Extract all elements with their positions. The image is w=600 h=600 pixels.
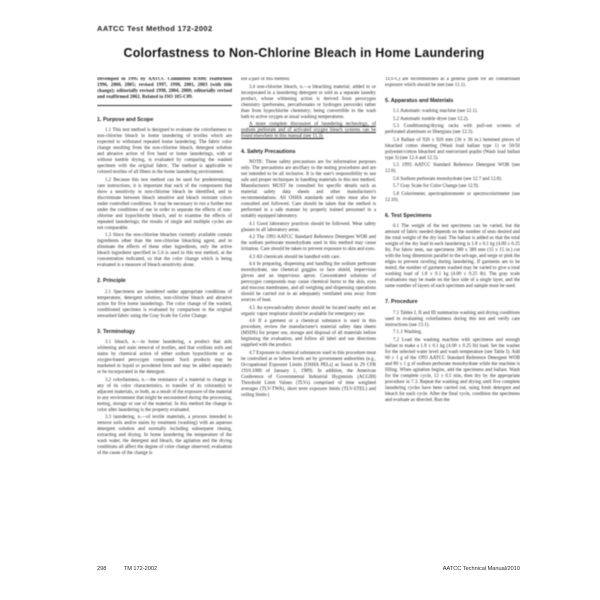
paragraph: 5.5 1993 AATCC Standard Reference Deterg… bbox=[385, 163, 520, 175]
page-header-method-number: AATCC Test Method 172-2002 bbox=[97, 24, 213, 33]
emphasized-paragraph: A more complete discussion of laundering… bbox=[241, 122, 376, 140]
section-heading: 2. Principle bbox=[97, 278, 232, 284]
paragraph: 4.3 All chemicals should be handled with… bbox=[241, 255, 376, 261]
paragraph: 4.5 An eyewash/safety shower should be l… bbox=[241, 306, 376, 318]
section-heading: 4. Safety Precautions bbox=[241, 149, 376, 155]
paragraph: 4.4 In preparing, dispensing and handlin… bbox=[241, 262, 376, 304]
paragraph: 3.4 non-chlorine bleach, n.—a bleaching … bbox=[241, 85, 376, 121]
page-footer: 298 TM 172-2002 AATCC Technical Manual/2… bbox=[97, 566, 520, 572]
paragraph: 7.1.1 Washing. bbox=[385, 330, 520, 336]
paragraph: 1.2 Because this test method can be used… bbox=[97, 178, 232, 232]
paragraph: 4.1 Good laboratory practices should be … bbox=[241, 222, 376, 234]
section-heading: 1. Purpose and Scope bbox=[97, 117, 232, 123]
paragraph: 5.4 Ballast of 920 x 920 mm (36 x 36 in.… bbox=[385, 138, 520, 162]
footer-manual-label: AATCC Technical Manual/2010 bbox=[443, 566, 520, 572]
paragraph: 2.1 Specimens are laundered under approp… bbox=[97, 290, 232, 320]
footer-page-number: 298 bbox=[97, 566, 106, 572]
paragraph: 1.3 Since the non-chlorine bleaches curr… bbox=[97, 233, 232, 269]
paragraph: 5.6 Sodium perborate monohydrate (see 12… bbox=[385, 177, 520, 183]
paragraph: 3.2 colorfastness, n.—the resistance of … bbox=[97, 378, 232, 414]
paragraph: 4.2 The 1993 AATCC Standard Reference De… bbox=[241, 235, 376, 253]
section-heading: 6. Test Specimens bbox=[385, 213, 520, 219]
document-history: Developed in 1995 by AATCC Committee RA8… bbox=[97, 77, 232, 101]
paragraph: 5.3 Conditioning/drying racks with pull-… bbox=[385, 124, 520, 136]
paragraph: NOTE: These safety precautions are for i… bbox=[241, 160, 376, 220]
paragraph: TLV-C) are recommended as a general guid… bbox=[385, 77, 520, 89]
document-page: AATCC Test Method 172-2002 Colorfastness… bbox=[0, 0, 600, 600]
paragraph: 4.7 Exposure to chemical substances used… bbox=[241, 351, 376, 399]
section-heading: 7. Procedure bbox=[385, 299, 520, 305]
divider bbox=[97, 105, 232, 106]
paragraph: 5.1 Automatic washing machine (see 12.1)… bbox=[385, 109, 520, 115]
footer-method-number: TM 172-2002 bbox=[124, 566, 157, 572]
paragraph: 6.1 The weight of the test specimens can… bbox=[385, 224, 520, 290]
column-1: Developed in 1995 by AATCC Committee RA8… bbox=[97, 77, 232, 561]
document-title: Colorfastness to Non-Chlorine Bleach in … bbox=[88, 46, 520, 60]
text-columns: Developed in 1995 by AATCC Committee RA8… bbox=[97, 77, 520, 561]
paragraph: not a part of this method. bbox=[241, 77, 376, 83]
footer-left: 298 TM 172-2002 bbox=[97, 566, 157, 572]
paragraph: 5.7 Gray Scale for Color Change (see 12.… bbox=[385, 184, 520, 190]
section-heading: 5. Apparatus and Materials bbox=[385, 98, 520, 104]
paragraph: 1.1 This test method is designed to eval… bbox=[97, 128, 232, 176]
paragraph: 7.2 Load the washing machine with specim… bbox=[385, 338, 520, 404]
paragraph: 7.1 Tables I, II and III summarize washi… bbox=[385, 311, 520, 329]
paragraph: 5.8 Colorimeter, spectrophotometer or sp… bbox=[385, 192, 520, 204]
column-3: TLV-C) are recommended as a general guid… bbox=[385, 77, 520, 561]
paragraph: 3.3 laundering, n.—of textile materials,… bbox=[97, 415, 232, 457]
paragraph: 3.1 bleach, n.—in home laundering, a pro… bbox=[97, 340, 232, 376]
column-2: not a part of this method.3.4 non-chlori… bbox=[241, 77, 376, 561]
paragraph: 5.2 Automatic tumble dryer (see 12.2). bbox=[385, 117, 520, 123]
paragraph: 4.6 If a garment or a chemical substance… bbox=[241, 319, 376, 349]
section-heading: 3. Terminology bbox=[97, 329, 232, 335]
